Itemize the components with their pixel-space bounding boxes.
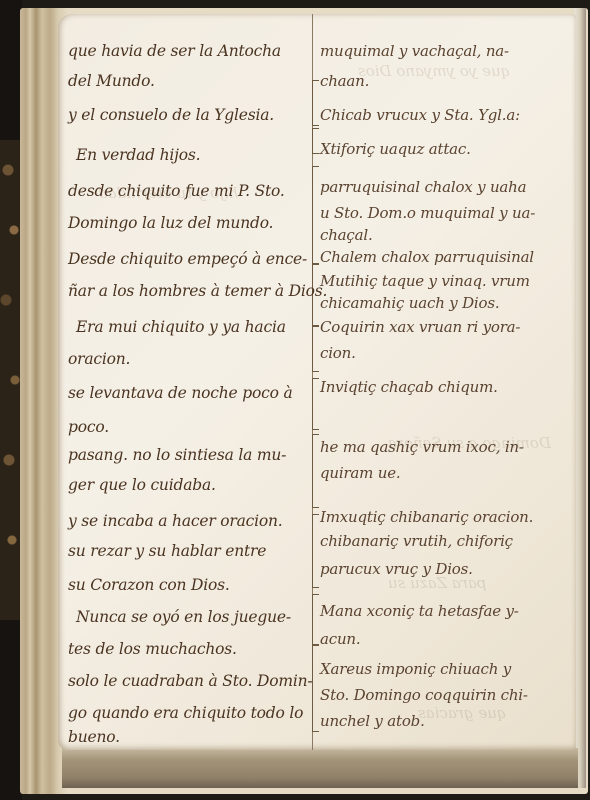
manuscript-line: En verdad hijos. <box>76 146 200 164</box>
manuscript-line: parruquisinal chalox y uaha <box>320 178 526 196</box>
manuscript-line: Era mui chiquito y ya hacia <box>76 318 286 336</box>
book-binding <box>0 0 22 800</box>
manuscript-line: Domingo la luz del mundo. <box>68 214 273 232</box>
bracket-mark <box>312 128 319 154</box>
manuscript-line: Chalem chalox parruquisinal <box>320 248 534 266</box>
manuscript-line: Nunca se oyó en los juegue- <box>76 608 291 626</box>
manuscript-line: poco. <box>68 418 109 436</box>
manuscript-line: cion. <box>320 344 356 362</box>
bracket-mark <box>312 514 319 588</box>
manuscript-line: que havia de ser la Antocha <box>68 42 281 60</box>
manuscript-line: Xtiforiç uaquz attac. <box>320 140 471 158</box>
manuscript-line: unchel y atob. <box>320 712 425 730</box>
manuscript-line: su rezar y su hablar entre <box>68 542 266 560</box>
bracket-mark <box>312 166 319 264</box>
manuscript-line: y el consuelo de la Yglesia. <box>68 106 274 124</box>
manuscript-line: Coquirin xax vruan ri yora- <box>320 318 520 336</box>
bracket-mark <box>312 326 319 372</box>
bracket-mark <box>312 80 319 126</box>
manuscript-line: Inviqtiç chaçab chiqum. <box>320 378 498 396</box>
manuscript-line: desde chiquito fue mi P. Sto. <box>68 182 285 200</box>
bleed-through-text: que gracias <box>418 704 506 722</box>
manuscript-line: solo le cuadraban à Sto. Domin- <box>68 672 312 690</box>
manuscript-line: Sto. Domingo coqquirin chi- <box>320 686 528 704</box>
manuscript-line: su Corazon con Dios. <box>68 576 230 594</box>
manuscript-line: Mutihiç taque y vinaq. vrum <box>320 272 530 290</box>
bracket-mark <box>312 644 319 732</box>
manuscript-line: Desde chiquito empeçó à ence- <box>68 250 307 268</box>
manuscript-line: Imxuqtiç chibanariç oracion. <box>320 508 533 526</box>
manuscript-line: Mana xconiç ta hetasfae y- <box>320 602 519 620</box>
manuscript-line: parucux vruç y Dios. <box>320 560 473 578</box>
bracket-mark <box>312 434 319 508</box>
manuscript-line: chaan. <box>320 72 369 90</box>
bracket-mark <box>312 378 319 430</box>
manuscript-line: quiram ue. <box>320 464 400 482</box>
manuscript-line: tes de los muchachos. <box>68 640 237 658</box>
manuscript-line: chicamahiç uach y Dios. <box>320 294 499 312</box>
manuscript-line: bueno. <box>68 728 120 746</box>
manuscript-line: y se incaba a hacer oracion. <box>68 512 283 530</box>
bleed-through-text: que yo ymyano Dios <box>358 62 510 80</box>
manuscript-line: ger que lo cuidaba. <box>68 476 216 494</box>
manuscript-line: muquimal y vachaçal, na- <box>320 42 509 60</box>
manuscript-line: chibanariç vrutih, chiforiç <box>320 532 513 550</box>
manuscript-line: se levantava de noche poco à <box>68 384 293 402</box>
manuscript-line: Xareus imponiç chiuach y <box>320 660 511 678</box>
manuscript-line: ñar a los hombres à temer à Dios. <box>68 282 327 300</box>
page-bottom-edge <box>62 748 578 788</box>
manuscript-line: u Sto. Dom.o muquimal y ua- <box>320 204 535 222</box>
manuscript-line: Chicab vrucux y Sta. Ygl.a: <box>320 106 520 124</box>
manuscript-line: go quando era chiquito todo lo <box>68 704 303 722</box>
manuscript-line: oracion. <box>68 350 130 368</box>
manuscript-line: pasang. no lo sintiesa la mu- <box>68 446 286 464</box>
manuscript-page: que yo ymyano Dios hijo y tu eternidad D… <box>58 14 576 750</box>
bracket-mark <box>312 594 319 646</box>
manuscript-line: chaçal. <box>320 226 373 244</box>
manuscript-line: del Mundo. <box>68 72 155 90</box>
manuscript-line: he ma qashiç vrum ixoc, in- <box>320 438 524 456</box>
manuscript-line: acun. <box>320 630 360 648</box>
